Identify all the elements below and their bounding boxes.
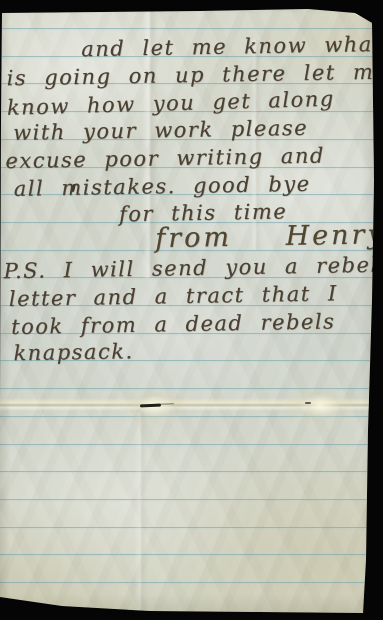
letter-line: is going on up there let me (6, 60, 383, 91)
letter-line: with your work please (13, 116, 308, 145)
handwriting: and let me know whatis going on up there… (0, 0, 383, 620)
letter-line: excuse poor writing and (5, 143, 325, 173)
letter-line: took from a dead rebels (11, 309, 336, 339)
scanned-letter-photo: and let me know whatis going on up there… (0, 0, 383, 620)
letter-paper: and let me know whatis going on up there… (0, 0, 383, 620)
letter-line: all mistakes. good bye (14, 172, 311, 201)
letter-line: and let me know what (81, 32, 383, 61)
letter-line: P.S. I will send you a rebel (3, 253, 378, 284)
letter-line: from Henry (155, 219, 383, 254)
letter-line: letter and a tract that I (9, 281, 338, 311)
letter-line: know how you get along (7, 87, 335, 120)
letter-line: knapsack. (13, 339, 134, 365)
